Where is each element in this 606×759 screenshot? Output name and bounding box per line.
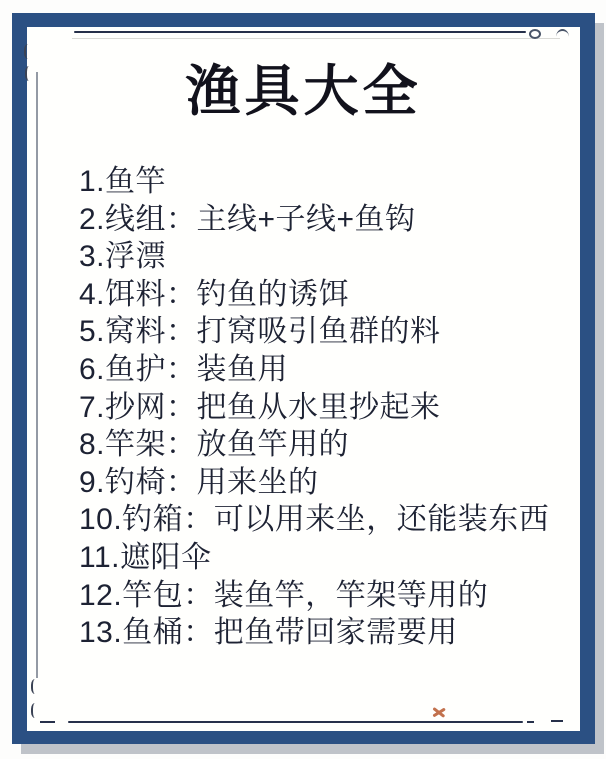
list-item: 2.线组：主线+子线+鱼钩 xyxy=(79,201,549,239)
card: 渔具大全 1.鱼竿 2.线组：主线+子线+鱼钩 3.浮漂 4.饵料：钓鱼的诱饵 … xyxy=(27,27,580,731)
gear-list: 1.鱼竿 2.线组：主线+子线+鱼钩 3.浮漂 4.饵料：钓鱼的诱饵 5.窝料：… xyxy=(79,163,549,652)
list-item: 5.窝料：打窝吸引鱼群的料 xyxy=(79,313,549,351)
list-item: 13.鱼桶：把鱼带回家需要用 xyxy=(79,614,549,652)
blue-frame: 渔具大全 1.鱼竿 2.线组：主线+子线+鱼钩 3.浮漂 4.饵料：钓鱼的诱饵 … xyxy=(12,13,595,744)
list-item: 10.钓箱：可以用来坐，还能装东西 xyxy=(79,501,549,539)
list-item: 9.钓椅：用来坐的 xyxy=(79,464,549,502)
list-item: 3.浮漂 xyxy=(79,238,549,276)
poster-page: { "title": "渔具大全", "items": [ "1.鱼竿", "2… xyxy=(0,0,606,759)
list-item: 7.抄网：把鱼从水里抄起来 xyxy=(79,389,549,427)
list-item: 6.鱼护：装鱼用 xyxy=(79,351,549,389)
list-item: 8.竿架：放鱼竿用的 xyxy=(79,426,549,464)
list-item: 11.遮阳伞 xyxy=(79,539,549,577)
list-item: 1.鱼竿 xyxy=(79,163,549,201)
page-title: 渔具大全 xyxy=(27,63,580,119)
list-item: 4.饵料：钓鱼的诱饵 xyxy=(79,276,549,314)
list-item: 12.竿包：装鱼竿，竿架等用的 xyxy=(79,577,549,615)
